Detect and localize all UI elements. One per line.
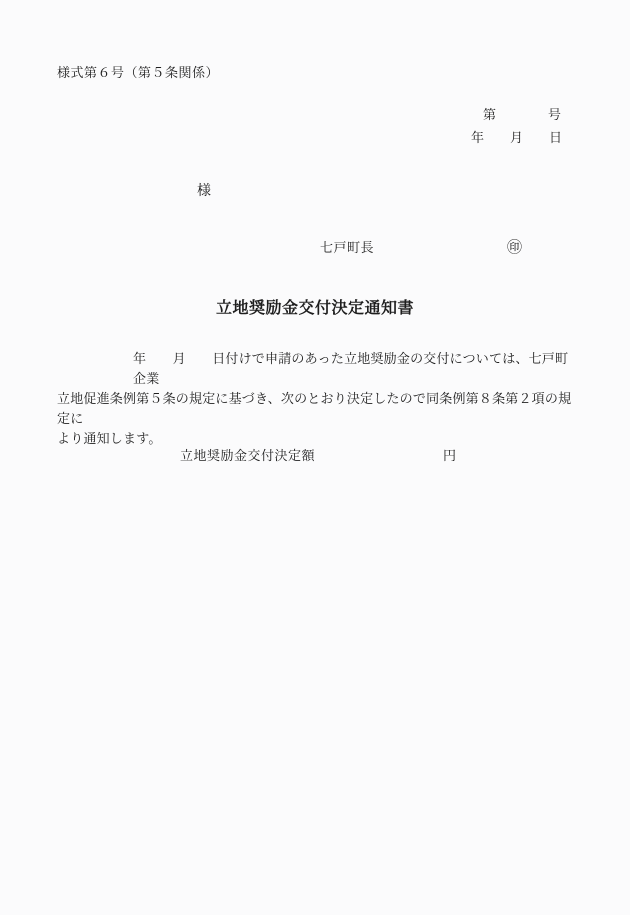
document-date-line: 年 月 日 <box>471 127 562 146</box>
sender-line: 七戸町長㊞ <box>320 236 523 257</box>
amount-unit-label: 円 <box>443 445 457 464</box>
document-page: 様式第６号（第５条関係） 第 号 年 月 日 様 七戸町長㊞ 立地奨励金交付決定… <box>0 0 630 915</box>
amount-line: 立地奨励金交付決定額円 <box>180 445 457 464</box>
document-number-line: 第 号 <box>483 104 561 123</box>
seal-mark-icon: ㊞ <box>507 236 523 257</box>
body-line-1: 年 月 日付けで申請のあった立地奨励金の交付については、七戸町企業 <box>57 349 579 389</box>
addressee-suffix: 様 <box>197 180 211 200</box>
document-title: 立地奨励金交付決定通知書 <box>0 295 630 318</box>
body-line-2: 立地促進条例第５条の規定に基づき、次のとおり決定したので同条例第８条第２項の規定… <box>57 389 579 429</box>
amount-label: 立地奨励金交付決定額 <box>180 448 315 463</box>
body-paragraph: 年 月 日付けで申請のあった立地奨励金の交付については、七戸町企業 立地促進条例… <box>57 349 579 449</box>
sender-title: 七戸町長 <box>320 240 374 255</box>
form-number-label: 様式第６号（第５条関係） <box>57 62 219 81</box>
